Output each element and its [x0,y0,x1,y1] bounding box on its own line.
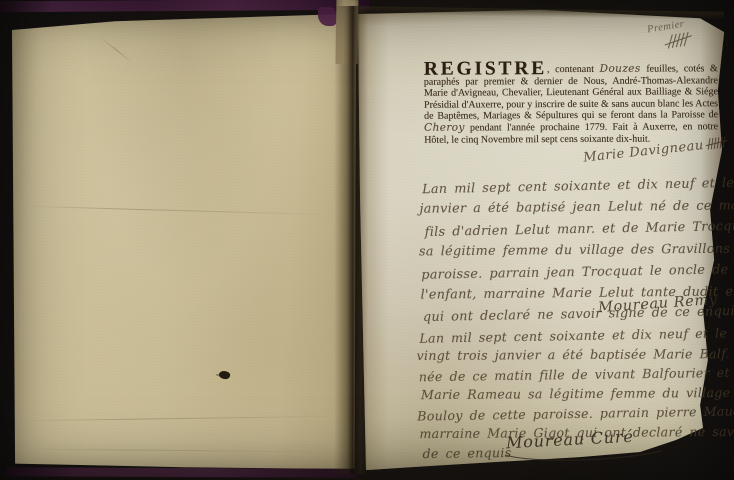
folio-annotation: Premier [646,13,695,53]
signature-flourish-icon [503,448,668,464]
printed-register-notice: REGISTRE, contenant Douzes feuilles, cot… [424,63,718,146]
cover-edge-bottom [6,467,356,478]
scanned-register-photo: Premier REGISTRE, contenant Douzes feuil… [0,0,734,480]
cover-edge-top [0,0,370,12]
book-gutter-shadow [334,6,368,474]
handwritten-parish: Cheroy [424,122,465,134]
notice-text: , contenant [547,64,600,75]
ink-blot [218,369,231,380]
left-page [12,14,356,470]
paper-scratch [100,37,134,64]
crease-line [20,416,344,422]
handwritten-quantity: Douzes [600,63,641,75]
crease-line [22,206,332,216]
crease-line [28,449,328,453]
signature-paraph-icon [704,135,729,150]
